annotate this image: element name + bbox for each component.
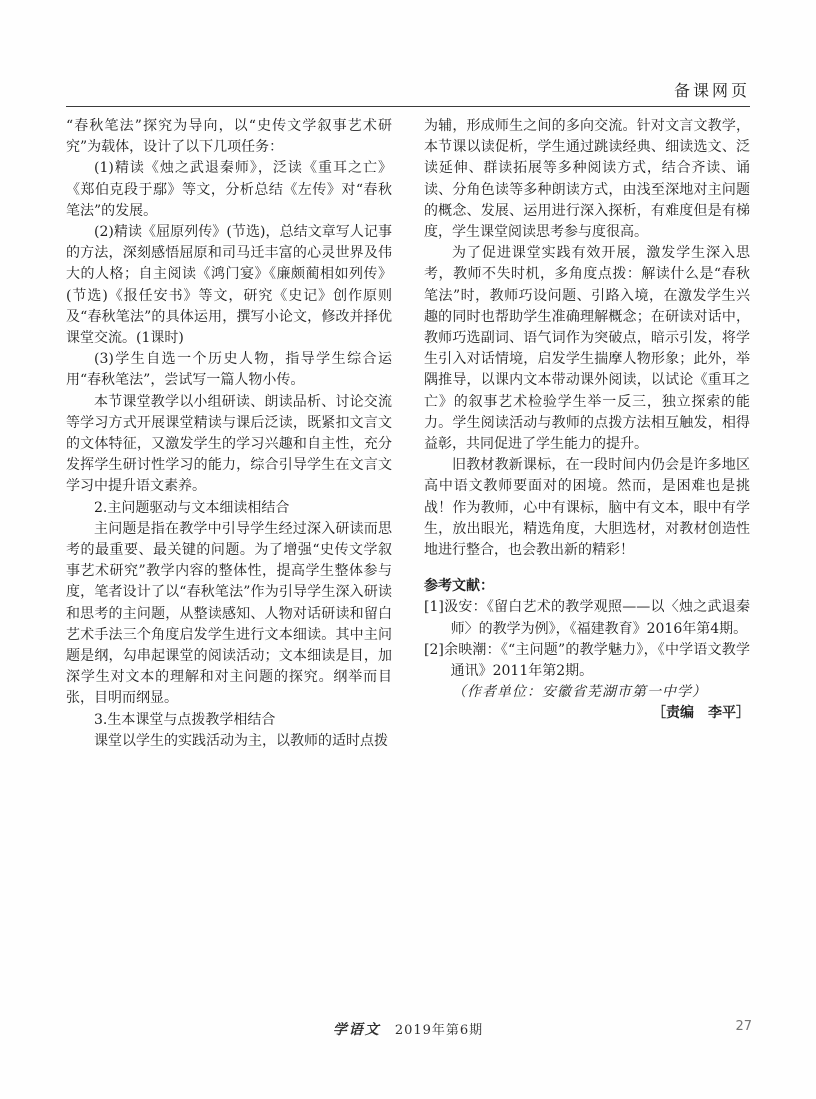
paragraph: 课堂以学生的实践活动为主，以教师的适时点拨 xyxy=(66,731,392,752)
author-affiliation: （作者单位：安徽省芜湖市第一中学） xyxy=(424,682,750,703)
editor-credit: ［责编 李平］ xyxy=(424,703,750,724)
paragraph: 旧教材教新课标，在一段时间内仍会是许多地区高中语文教师要面对的困境。然而，是困难… xyxy=(424,455,750,561)
journal-page: 备课网页 “春秋笔法”探究为导向，以“史传文学叙事艺术研究”为载体，设计了以下几… xyxy=(0,0,816,1099)
footer: 学语文2019年第6期 xyxy=(0,1019,816,1039)
paragraph: 本节课堂教学以小组研读、朗读品析、讨论交流等学习方式开展课堂精读与课后泛读，既紧… xyxy=(66,392,392,498)
paragraph: 为辅，形成师生之间的多向交流。针对文言文教学，本节课以读促析，学生通过跳读经典、… xyxy=(424,116,750,243)
section-heading-2: 2.主问题驱动与文本细读相结合 xyxy=(66,498,392,519)
header-rule xyxy=(66,106,750,107)
paragraph: 主问题是指在教学中引导学生经过深入研读而思考的最重要、最关键的问题。为了增强“史… xyxy=(66,519,392,710)
reference-item: [1]汲安：《留白艺术的教学观照——以〈烛之武退秦师〉的教学为例》，《福建教育》… xyxy=(424,597,750,639)
right-column: 为辅，形成师生之间的多向交流。针对文言文教学，本节课以读促析，学生通过跳读经典、… xyxy=(424,116,750,725)
page-number: 27 xyxy=(735,1019,752,1034)
page-header-section-label: 备课网页 xyxy=(674,78,750,101)
paragraph: “春秋笔法”探究为导向，以“史传文学叙事艺术研究”为载体，设计了以下几项任务： xyxy=(66,116,392,158)
references-heading: 参考文献： xyxy=(424,576,750,597)
footer-issue: 2019年第6期 xyxy=(395,1023,483,1038)
reference-item: [2]余映潮：《“主问题”的教学魅力》，《中学语文教学通讯》2011年第2期。 xyxy=(424,640,750,682)
task-item-1: (1)精读《烛之武退秦师》，泛读《重耳之亡》《郑伯克段于鄢》等文，分析总结《左传… xyxy=(66,158,392,222)
task-item-2: (2)精读《屈原列传》(节选)，总结文章写人记事的方法，深刻感悟屈原和司马迁丰富… xyxy=(66,222,392,349)
left-column: “春秋笔法”探究为导向，以“史传文学叙事艺术研究”为载体，设计了以下几项任务： … xyxy=(66,116,392,752)
paragraph: 为了促进课堂实践有效开展，激发学生深入思考，教师不失时机，多角度点拨：解读什么是… xyxy=(424,243,750,455)
footer-journal-name: 学语文 xyxy=(333,1022,381,1038)
references-section: 参考文献： [1]汲安：《留白艺术的教学观照——以〈烛之武退秦师〉的教学为例》，… xyxy=(424,576,750,724)
section-heading-3: 3.生本课堂与点拨教学相结合 xyxy=(66,710,392,731)
task-item-3: (3)学生自选一个历史人物，指导学生综合运用“春秋笔法”，尝试写一篇人物小传。 xyxy=(66,349,392,391)
